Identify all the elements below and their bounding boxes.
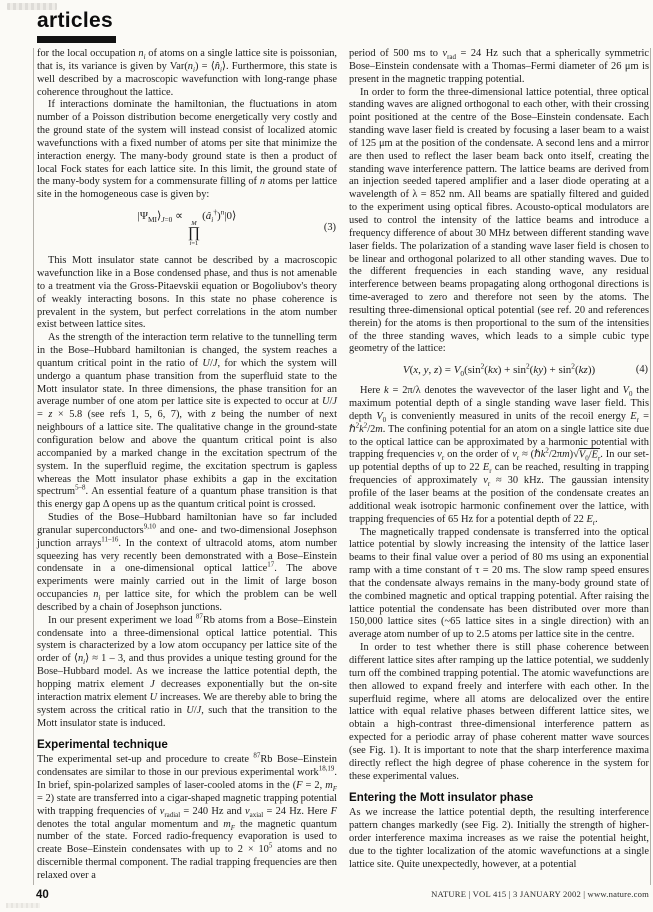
equation-number: (4): [636, 363, 648, 377]
right-margin-rule: [650, 48, 651, 885]
paragraph: In our present experiment we load 87Rb a…: [37, 615, 337, 731]
paragraph: As we increase the lattice potential dep…: [349, 807, 649, 871]
paragraph: As the strength of the interaction term …: [37, 332, 337, 512]
header-bar: [37, 36, 116, 43]
paragraph: In order to test whether there is still …: [349, 642, 649, 783]
left-margin-rule: [33, 48, 34, 885]
section-label: articles: [37, 9, 113, 33]
paragraph: If interactions dominate the hamiltonian…: [37, 99, 337, 202]
scan-copyright-smudge: [6, 903, 40, 908]
paragraph: The magnetically trapped condensate is t…: [349, 527, 649, 643]
paragraph: Studies of the Bose–Hubbard hamiltonian …: [37, 512, 337, 615]
section-heading-experimental-technique: Experimental technique: [37, 738, 337, 751]
equation-body: V(x, y, z) = V0(sin2(kx) + sin2(ky) + si…: [403, 364, 595, 376]
right-column: period of 500 ms to νrad = 24 Hz such th…: [349, 48, 649, 883]
paragraph: for the local occupation ni of atoms on …: [37, 48, 337, 99]
article-body: for the local occupation ni of atoms on …: [37, 48, 649, 883]
journal-page: articles for the local occupation ni of …: [0, 0, 653, 912]
paragraph: period of 500 ms to νrad = 24 Hz such th…: [349, 48, 649, 87]
left-column: for the local occupation ni of atoms on …: [37, 48, 337, 883]
equation-4: V(x, y, z) = V0(sin2(kx) + sin2(ky) + si…: [349, 363, 649, 377]
page-number: 40: [36, 889, 49, 901]
paragraph: In order to form the three-dimensional l…: [349, 87, 649, 357]
journal-footer-line: NATURE | VOL 415 | 3 JANUARY 2002 | www.…: [431, 889, 649, 899]
paragraph: This Mott insulator state cannot be desc…: [37, 255, 337, 332]
equation-number: (3): [324, 221, 336, 235]
paragraph: Here k = 2π/λ denotes the wavevector of …: [349, 385, 649, 526]
paragraph: The experimental set-up and procedure to…: [37, 754, 337, 882]
equation-3: |ΨMI⟩J=0 ∝ M∏i=1(âi†)n|0⟩ (3): [37, 209, 337, 247]
equation-body: |ΨMI⟩J=0 ∝ M∏i=1(âi†)n|0⟩: [138, 210, 237, 222]
section-heading-entering-mott-insulator: Entering the Mott insulator phase: [349, 791, 649, 804]
